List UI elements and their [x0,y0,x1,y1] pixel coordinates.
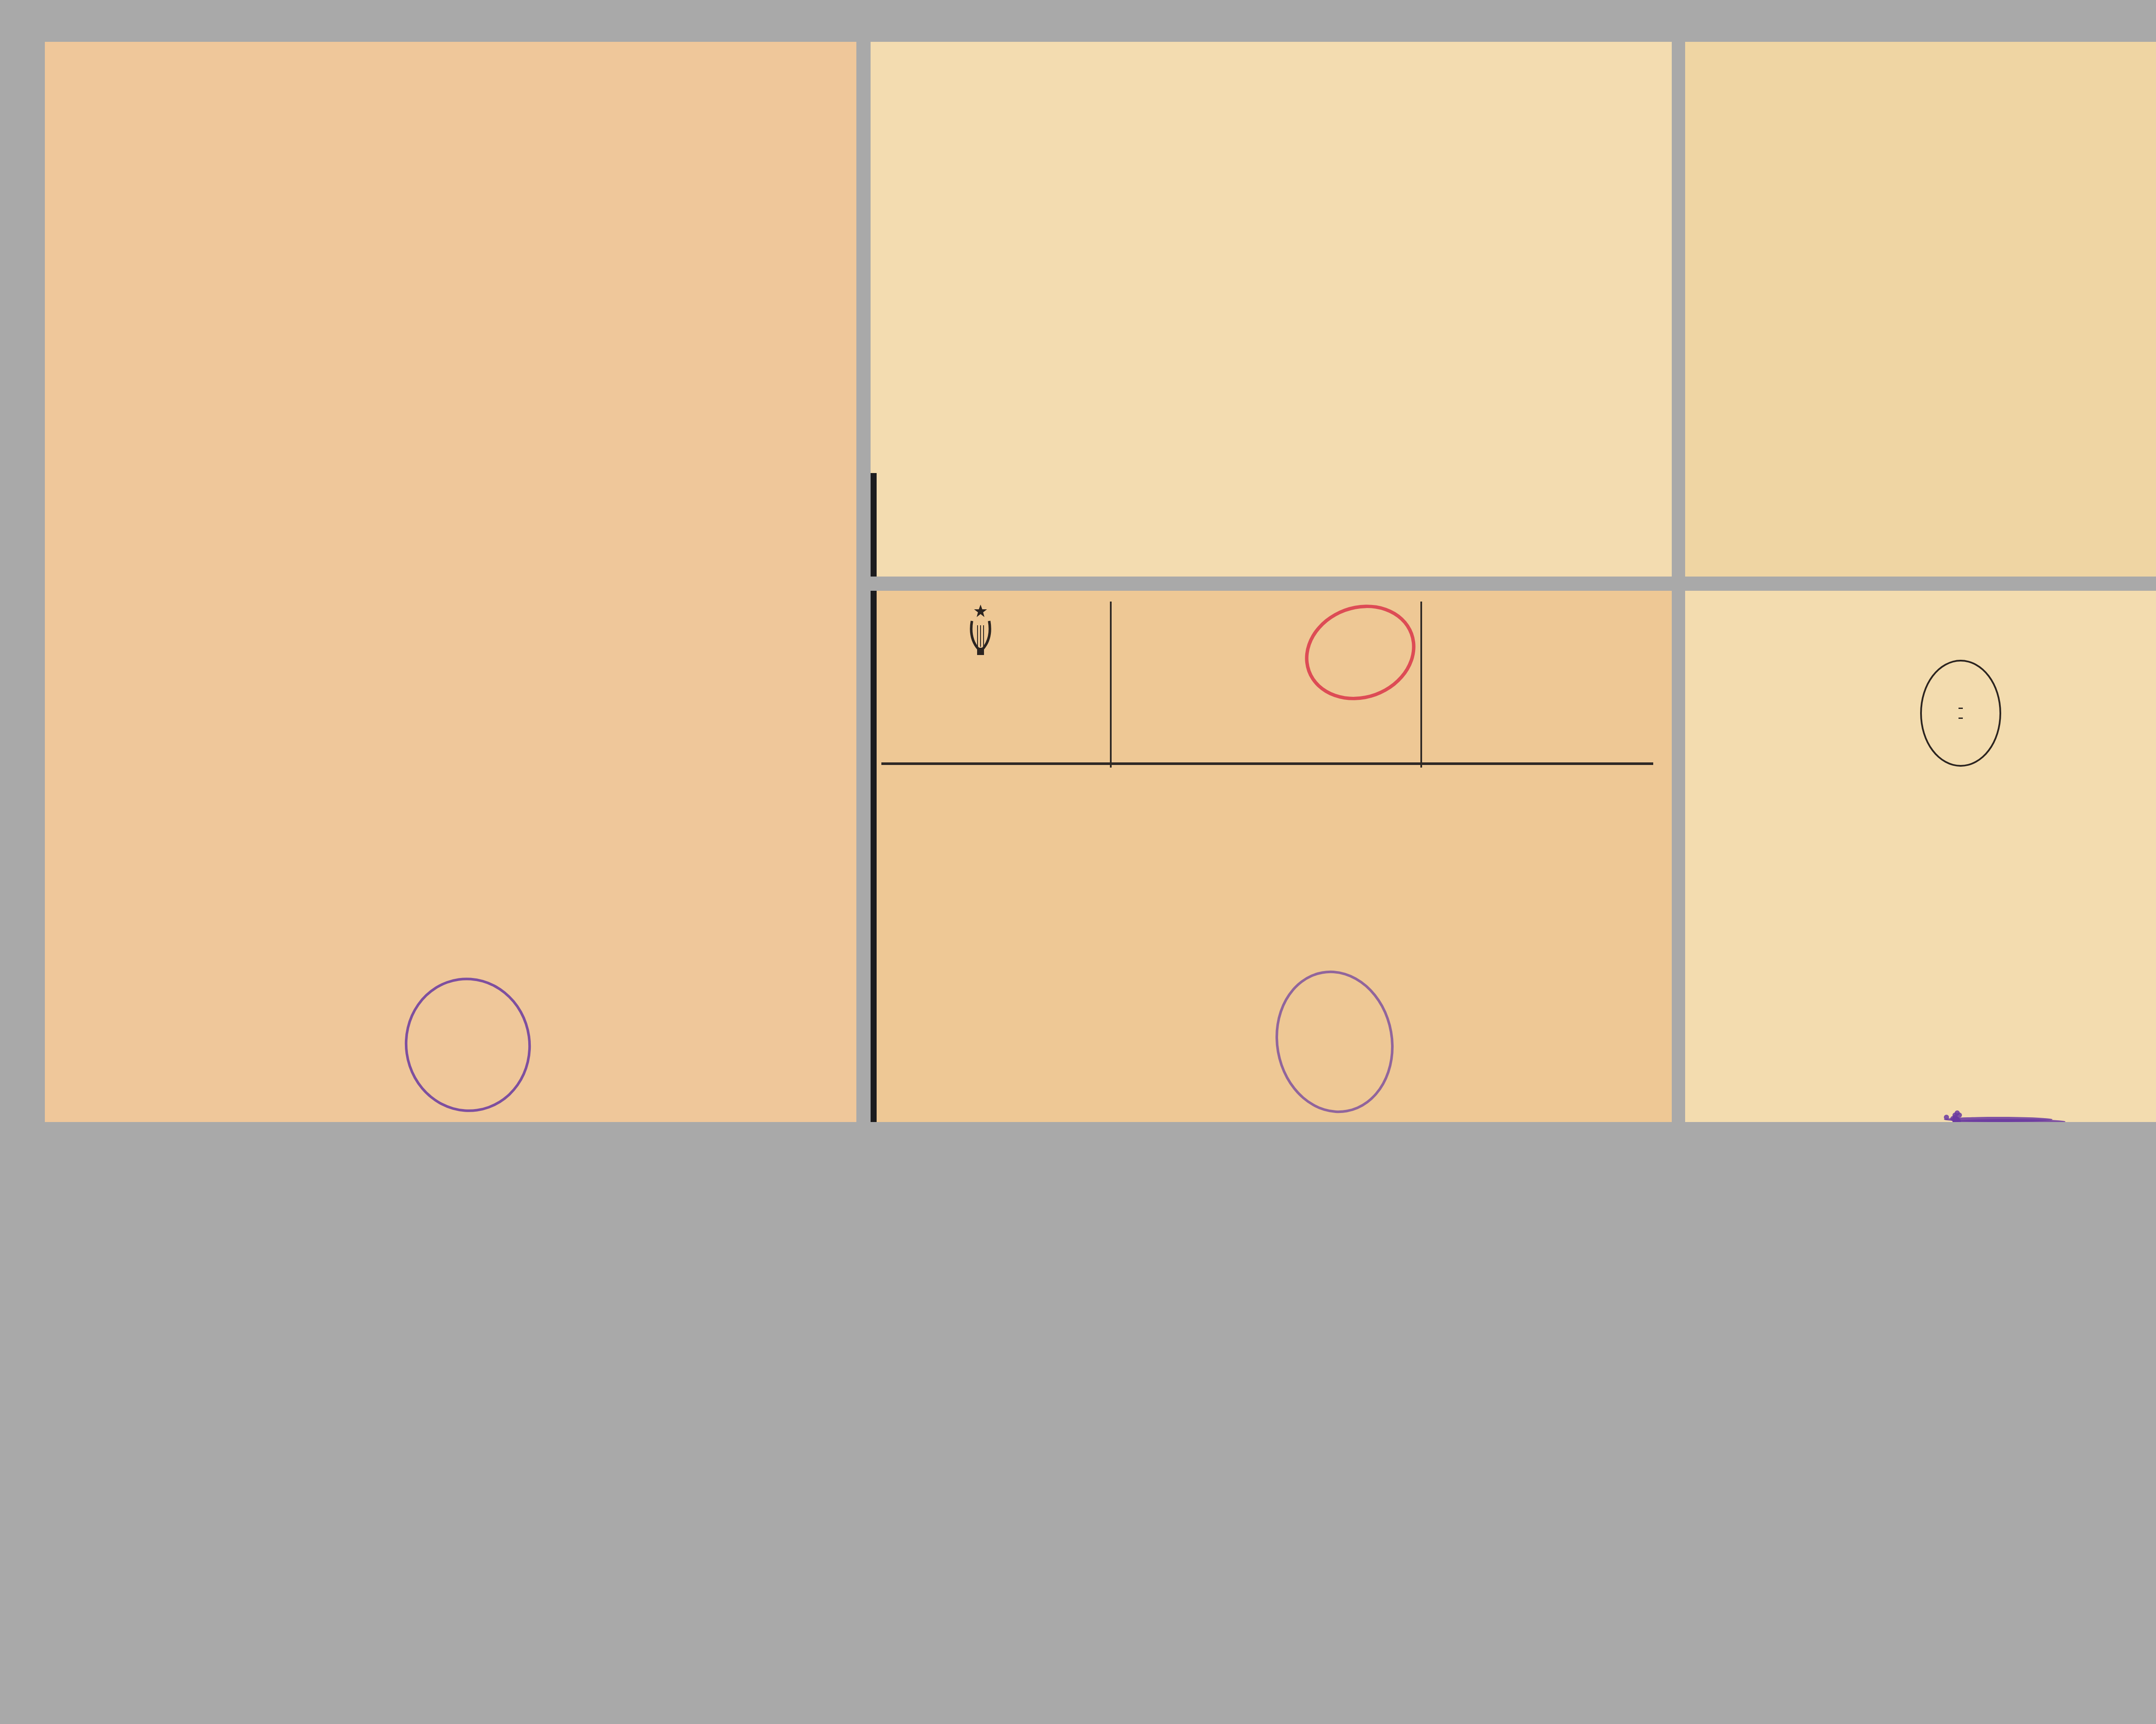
letterhead-rule [881,762,1653,765]
doc1-signer [523,1034,739,1122]
kulturotthon-stamp [396,969,540,1120]
doc3-signer [2125,529,2156,577]
doc1-recipient [122,257,812,361]
doc1-closing [122,848,817,971]
postmark [1920,660,2001,767]
document-page-2 [871,42,1672,577]
postage-stamp [1291,591,1429,715]
doc4-file-block [1431,673,1655,720]
document-page-4 [871,591,1672,1122]
document-page-1 [45,42,856,1122]
scan-edge [871,591,877,1122]
postmark-date [1959,708,1963,719]
document-page-5 [1685,591,2156,1122]
lyre-logo-icon [957,604,1004,660]
doc3-subject-block [2073,167,2156,265]
doc3-recipient [1754,262,1785,360]
letterhead-divider [1420,602,1422,768]
doc2-subject-block [1272,184,1660,332]
doc2-body [961,395,1651,546]
document-page-3 [1685,42,2156,577]
scan-edge [871,473,877,577]
letterhead-divider [1110,602,1112,768]
filharmonia-stamp [1264,961,1405,1122]
doc1-header [122,124,812,227]
